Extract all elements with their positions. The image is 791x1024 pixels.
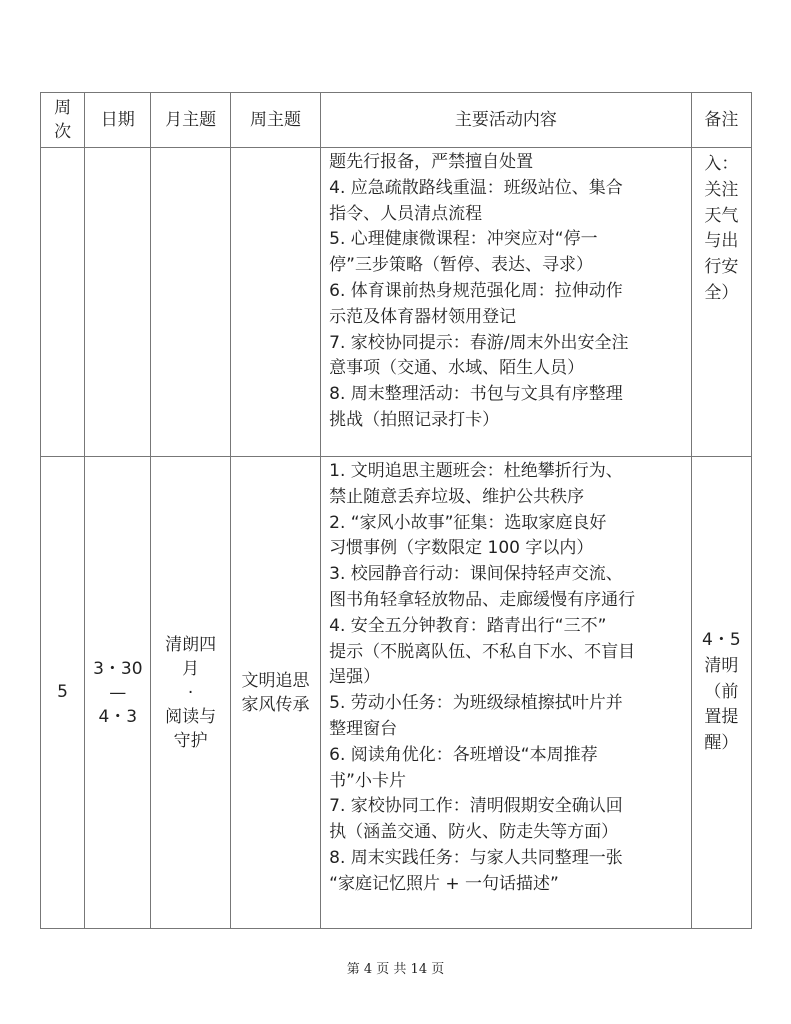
header-note: 备注 [691,93,751,148]
note-line: （前 [694,680,749,706]
table-row: 5 3・30 — 4・3 清朗四 月 · 阅读与 守护 文明追思 家风传承 1.… [41,457,752,929]
cell-month-theme [151,148,230,457]
cell-week: 5 [41,457,85,929]
content-line: 8. 周末实践任务：与家人共同整理一张 [329,846,687,872]
content-line: “家庭记忆照片 + 一句话描述” [329,872,687,898]
document-page: 周 次 日期 月主题 周主题 主要活动内容 备注 题先行报备，严禁擅自处置 4.… [0,0,791,1024]
date-line: 4・3 [85,705,150,729]
content-line: 逞强） [329,665,687,691]
note-line: 4・5 [694,628,749,654]
cell-content: 1. 文明追思主题班会：杜绝攀折行为、 禁止随意丢弃垃圾、维护公共秩序 2. “… [321,457,692,929]
content-line: 1. 文明追思主题班会：杜绝攀折行为、 [329,459,687,485]
week-theme-line: 家风传承 [231,693,320,717]
month-theme-line: 清朗四 [151,633,229,657]
content-line: 挑战（拍照记录打卡） [329,408,687,434]
content-line: 停”三步策略（暂停、表达、寻求） [329,253,687,279]
content-line: 题先行报备，严禁擅自处置 [329,150,687,176]
content-line: 指令、人员清点流程 [329,202,687,228]
month-theme-line: · [151,681,229,705]
content-line: 7. 家校协同提示：春游/周末外出安全注 [329,331,687,357]
note-line: 置提 [694,705,749,731]
table-row: 题先行报备，严禁擅自处置 4. 应急疏散路线重温：班级站位、集合 指令、人员清点… [41,148,752,457]
header-week-line: 次 [41,120,84,144]
note-line: 清明 [694,654,749,680]
note-line: 关注 [694,178,749,204]
header-week: 周 次 [41,93,85,148]
content-line: 5. 心理健康微课程：冲突应对“停一 [329,227,687,253]
date-line: — [85,681,150,705]
cell-date: 3・30 — 4・3 [85,457,151,929]
header-date: 日期 [85,93,151,148]
month-theme-line: 阅读与 [151,705,229,729]
content-line: 6. 体育课前热身规范强化周：拉伸动作 [329,279,687,305]
content-line: 整理窗台 [329,717,687,743]
cell-content: 题先行报备，严禁擅自处置 4. 应急疏散路线重温：班级站位、集合 指令、人员清点… [321,148,692,457]
cell-date [85,148,151,457]
table-header-row: 周 次 日期 月主题 周主题 主要活动内容 备注 [41,93,752,148]
content-line: 禁止随意丢弃垃圾、维护公共秩序 [329,485,687,511]
content-line: 提示（不脱离队伍、不私自下水、不盲目 [329,640,687,666]
cell-week-theme: 文明追思 家风传承 [230,457,320,929]
content-line: 7. 家校协同工作：清明假期安全确认回 [329,794,687,820]
week-theme-line: 文明追思 [231,669,320,693]
date-line: 3・30 [85,657,150,681]
note-line: 醒） [694,731,749,757]
content-line: 书”小卡片 [329,769,687,795]
cell-note: 入： 关注 天气 与出 行安 全） [691,148,751,457]
content-line: 8. 周末整理活动：书包与文具有序整理 [329,382,687,408]
note-line: 入： [694,152,749,178]
month-theme-line: 月 [151,657,229,681]
content-line: 4. 安全五分钟教育：踏青出行“三不” [329,614,687,640]
cell-note: 4・5 清明 （前 置提 醒） [691,457,751,929]
header-month-theme: 月主题 [151,93,230,148]
cell-week [41,148,85,457]
weekly-schedule-table: 周 次 日期 月主题 周主题 主要活动内容 备注 题先行报备，严禁擅自处置 4.… [40,92,752,929]
page-number-footer: 第 4 页 共 14 页 [0,958,791,977]
header-week-theme: 周主题 [230,93,320,148]
cell-week-theme [230,148,320,457]
note-line: 天气 [694,204,749,230]
content-line: 2. “家风小故事”征集：选取家庭良好 [329,511,687,537]
content-line: 3. 校园静音行动：课间保持轻声交流、 [329,562,687,588]
content-line: 示范及体育器材领用登记 [329,305,687,331]
note-line: 行安 [694,255,749,281]
content-line: 执（涵盖交通、防火、防走失等方面） [329,820,687,846]
content-line: 6. 阅读角优化：各班增设“本周推荐 [329,743,687,769]
header-week-line: 周 [41,96,84,120]
content-line: 图书角轻拿轻放物品、走廊缓慢有序通行 [329,588,687,614]
content-line: 5. 劳动小任务：为班级绿植擦拭叶片并 [329,691,687,717]
cell-month-theme: 清朗四 月 · 阅读与 守护 [151,457,230,929]
header-content: 主要活动内容 [321,93,692,148]
content-line: 习惯事例（字数限定 100 字以内） [329,536,687,562]
content-line: 意事项（交通、水域、陌生人员） [329,356,687,382]
content-line: 4. 应急疏散路线重温：班级站位、集合 [329,176,687,202]
note-line: 与出 [694,229,749,255]
note-line: 全） [694,281,749,307]
month-theme-line: 守护 [151,729,229,753]
